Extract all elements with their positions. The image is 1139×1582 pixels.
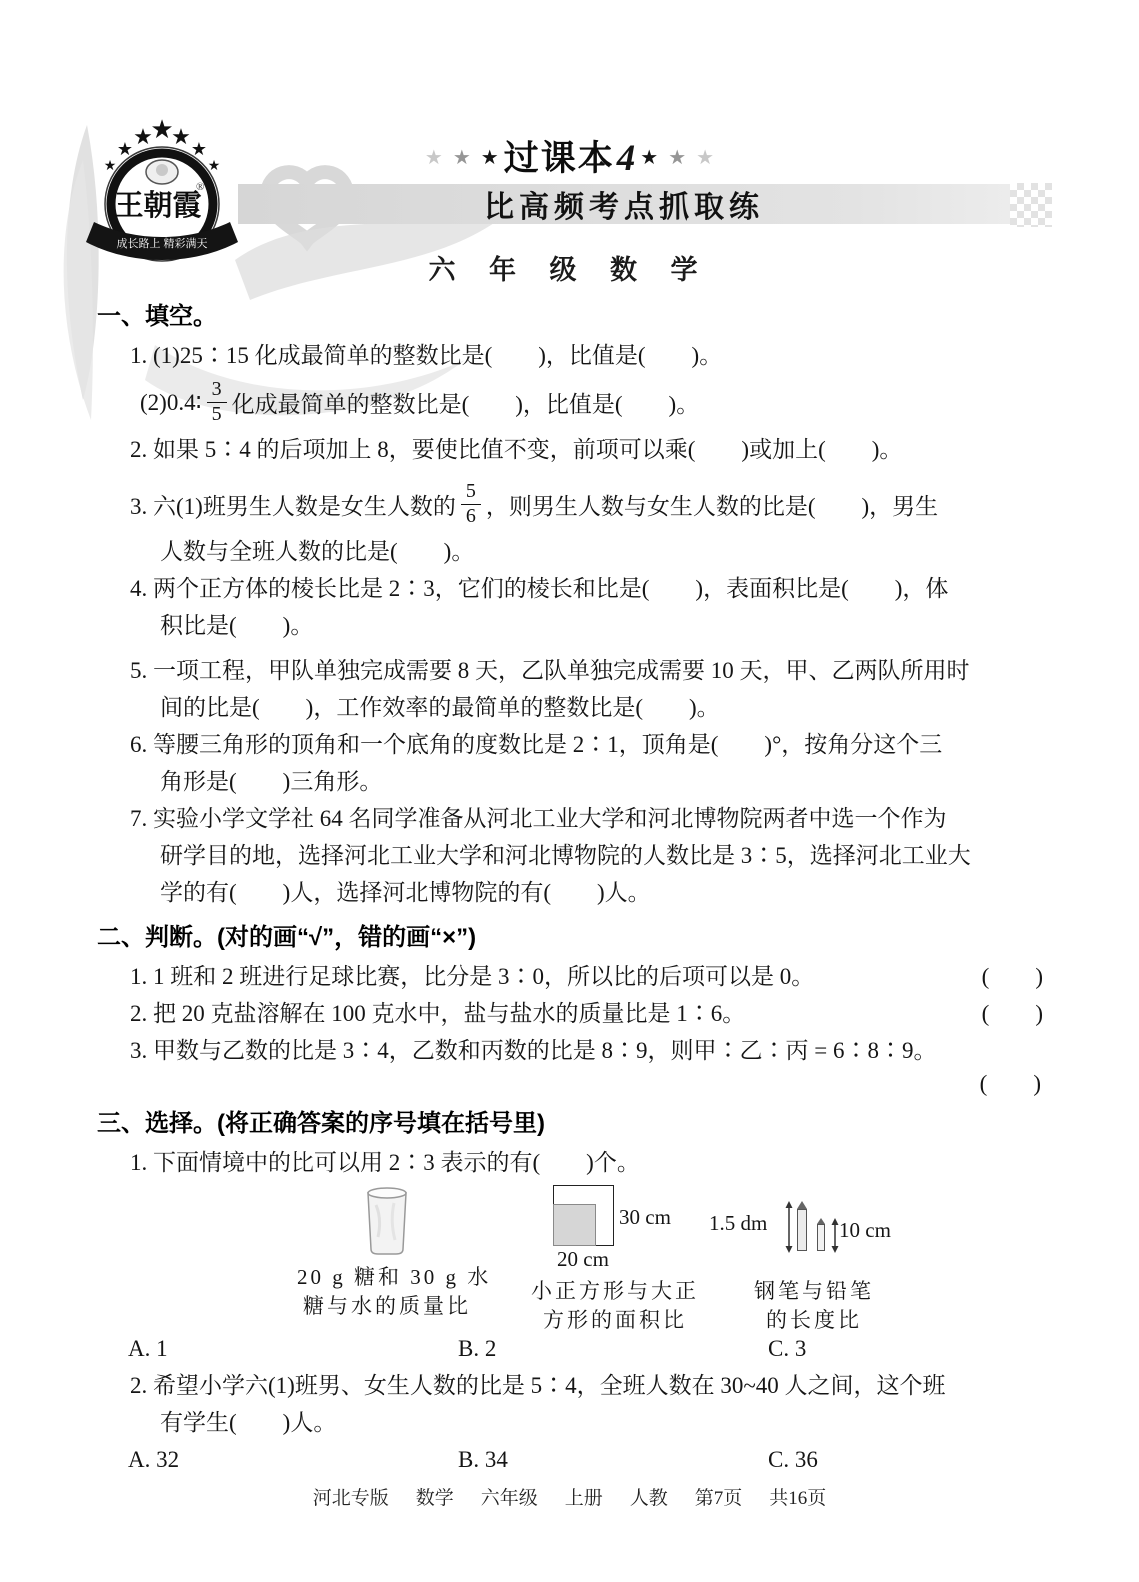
footer-publisher: 人教 [630,1483,668,1510]
fraction-denominator: 6 [461,505,481,528]
q3-pre: 3. 六(1)班男生人数是女生人数的 [130,488,456,521]
pen-icon [797,1201,807,1251]
choice-q2-line2: 有学生( )人。 [97,1404,1043,1441]
star-icon: ★ [453,147,471,169]
footer-edition: 河北专版 [313,1483,389,1510]
answer-paren: ( ) [982,958,1043,995]
section-fill-heading: 一、填空。 [97,300,1043,337]
choice-q1: 1. 下面情境中的比可以用 2∶3 表示的有( )个。 [97,1144,1043,1181]
fill-q6-line1: 6. 等腰三角形的顶角和一个底角的度数比是 2∶1，顶角是( )°，按角分这个三 [97,726,1043,763]
banner-band: 比高频考点抓取练 [238,184,1010,224]
fill-q7-line2: 研学目的地，选择河北工业大学和河北博物院的人数比是 3∶5，选择河北工业大 [97,837,1043,874]
ribbon-text: 成长路上 精彩满天 [116,236,207,250]
star-icon: ★ [696,147,714,169]
fill-q7-line1: 7. 实验小学文学社 64 名同学准备从河北工业大学和河北博物院两者中选一个作为 [97,800,1043,837]
label-20cm: 20 cm [557,1247,609,1272]
fraction-denominator: 5 [207,403,227,426]
label-30cm: 30 cm [619,1205,671,1230]
trademark-symbol: ® [196,181,204,193]
q3-post: ，则男生人数与女生人数的比是( )，男生 [486,488,938,521]
options-row-1: A. 1 B. 2 C. 3 [97,1330,1043,1367]
label-10cm: 10 cm [839,1218,891,1243]
option-c: C. 36 [768,1441,1043,1478]
option-a: A. 1 [128,1330,458,1367]
fill-q4-line2: 积比是( )。 [97,607,1043,644]
checker-pattern [1010,183,1052,227]
option-a: A. 32 [128,1441,458,1478]
pencil-icon [817,1218,825,1251]
option-b: B. 34 [458,1441,768,1478]
label-1-5dm: 1.5 dm [709,1211,767,1236]
fill-q5-line1: 5. 一项工程，甲队单独完成需要 8 天，乙队单独完成需要 10 天，甲、乙两队… [97,652,1043,689]
figure-caption: 20 g 糖和 30 g 水 [297,1263,477,1292]
star-icon: ★ [668,147,686,169]
fraction-numerator: 5 [461,481,481,505]
choice-figures: 20 g 糖和 30 g 水 糖与水的质量比 30 cm 20 cm 小正方形与… [97,1185,1043,1330]
fill-q7-line3: 学的有( )人，选择河北博物院的有( )人。 [97,874,1043,911]
figure-caption: 糖与水的质量比 [297,1292,477,1321]
answer-paren: ( ) [982,995,1043,1032]
fraction: 56 [461,481,481,527]
figure-caption: 钢笔与铅笔 [709,1277,919,1306]
figure-caption: 的长度比 [709,1306,919,1335]
glass-icon [364,1185,410,1257]
star-icon: ★ [481,147,499,169]
star-icon: ★ [425,147,443,169]
q1b-pre: (2)0.4∶ [140,390,202,416]
figure-sugar-water: 20 g 糖和 30 g 水 糖与水的质量比 [297,1185,477,1321]
small-square [553,1204,596,1246]
judge-item-3-answer-paren: ( ) [97,1069,1043,1099]
brand-text: 王朝霞 [114,189,201,222]
figure-squares: 30 cm 20 cm 小正方形与大正 方形的面积比 [525,1185,705,1335]
fill-q1a: 1. (1)25∶15 化成最简单的整数比是( )，比值是( )。 [97,337,1043,374]
banner-title: 比高频考点抓取练 [484,182,764,226]
svg-text:★: ★ [171,124,191,149]
section-judge-heading: 二、判断。(对的画“√”，错的画“×”) [97,921,1043,958]
fraction: 35 [207,379,227,425]
footer-page-number: 第7页 [695,1483,743,1510]
footer-volume: 上册 [565,1483,603,1510]
q1b-post: 化成最简单的整数比是( )，比值是( )。 [232,386,700,419]
fill-q2: 2. 如果 5∶4 的后项加上 8，要使比值不变，前项可以乘( )或加上( )。 [97,431,1043,468]
judge-item-2: 2. 把 20 克盐溶解在 100 克水中，盐与盐水的质量比是 1∶6。 ( ) [97,995,1043,1032]
fill-q5-line2: 间的比是( )，工作效率的最简单的整数比是( )。 [97,689,1043,726]
fraction-numerator: 3 [207,379,227,403]
options-row-2: A. 32 B. 34 C. 36 [97,1441,1043,1478]
arrow-icon [783,1201,795,1253]
brand-logo: ★ ★ ★ ★ ★ ★ ★ 王朝霞 ® 成长路上 精彩满天 [70,110,255,277]
figure-pens: 1.5 dm [709,1185,919,1335]
footer-page-total: 共16页 [769,1483,826,1510]
unit-number: 4 [617,138,636,179]
fill-q3-line2: 人数与全班人数的比是( )。 [97,533,1043,570]
section-choice-heading: 三、选择。(将正确答案的序号填在括号里) [97,1107,1043,1144]
judge-item-1: 1. 1 班和 2 班进行足球比赛，比分是 3∶0，所以比的后项可以是 0。 (… [97,958,1043,995]
worksheet-body: 一、填空。 1. (1)25∶15 化成最简单的整数比是( )，比值是( )。 … [97,300,1043,1478]
choice-q2-line1: 2. 希望小学六(1)班男、女生人数的比是 5∶4，全班人数在 30~40 人之… [97,1367,1043,1404]
option-b: B. 2 [458,1330,768,1367]
page-footer: 河北专版 数学 六年级 上册 人教 第7页 共16页 [0,1483,1139,1510]
fill-q4-line1: 4. 两个正方体的棱长比是 2∶3，它们的棱长和比是( )，表面积比是( )，体 [97,570,1043,607]
fill-q6-line2: 角形是( )三角形。 [97,763,1043,800]
star-icon: ★ [640,147,658,169]
judge-text: 1. 1 班和 2 班进行足球比赛，比分是 3∶0，所以比的后项可以是 0。 [130,958,814,995]
fill-q3-line1: 3. 六(1)班男生人数是女生人数的56，则男生人数与女生人数的比是( )，男生 [97,476,1043,533]
option-c: C. 3 [768,1330,1043,1367]
judge-item-3: 3. 甲数与乙数的比是 3∶4，乙数和丙数的比是 8∶9，则甲∶乙∶丙 = 6∶… [97,1032,1043,1069]
figure-caption: 小正方形与大正 [525,1277,705,1306]
judge-text: 3. 甲数与乙数的比是 3∶4，乙数和丙数的比是 8∶9，则甲∶乙∶丙 = 6∶… [130,1032,936,1069]
footer-grade: 六年级 [481,1483,538,1510]
fill-q1b: (2)0.4∶35化成最简单的整数比是( )，比值是( )。 [97,374,1043,431]
worksheet-page: ★★★过课本4★★★ 比高频考点抓取练 六 年 级 数 学 ★ ★ ★ ★ ★ … [0,0,1139,1582]
footer-subject: 数学 [416,1483,454,1510]
unit-title: 过课本 [504,139,615,178]
figure-caption: 方形的面积比 [525,1306,705,1335]
judge-text: 2. 把 20 克盐溶解在 100 克水中，盐与盐水的质量比是 1∶6。 [130,995,745,1032]
